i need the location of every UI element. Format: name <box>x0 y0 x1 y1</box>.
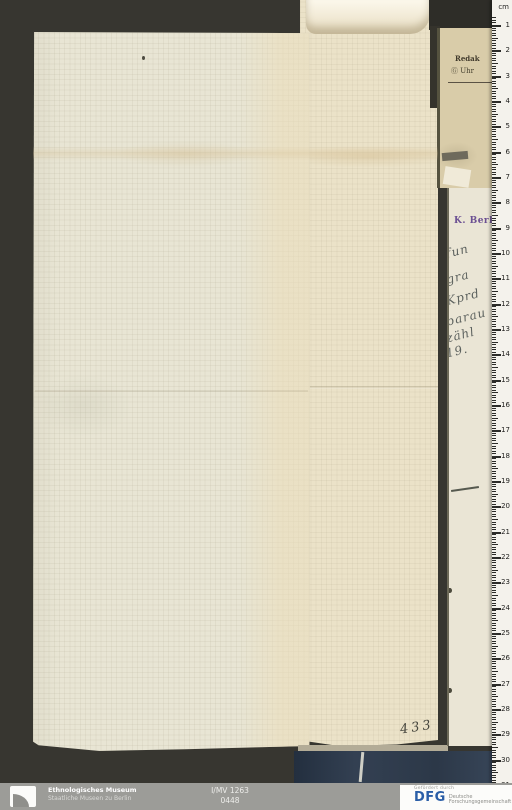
ruler-number: 3 <box>506 73 510 80</box>
handwriting-fragment: fun <box>447 241 470 260</box>
dfg-logo: DFG <box>414 791 446 804</box>
ruler-tick <box>492 648 496 649</box>
ruler-tick <box>492 362 496 363</box>
ruler-tick <box>492 461 496 462</box>
ruler-tick <box>492 413 496 414</box>
ruler-tick <box>492 109 496 110</box>
ruler-tick <box>492 696 498 697</box>
ruler-tick <box>492 486 496 487</box>
ruler-tick <box>492 704 496 705</box>
ruler-number: 28 <box>501 706 510 713</box>
ruler-tick <box>492 473 496 474</box>
ruler-tick <box>492 261 496 262</box>
sheet-fold-crease <box>35 390 308 392</box>
paper-nick <box>448 688 452 693</box>
ruler-tick <box>492 301 496 302</box>
ruler-tick <box>492 694 496 695</box>
ruler-tick <box>492 577 496 578</box>
ruler-tick <box>492 410 496 411</box>
ruler-tick <box>492 653 496 654</box>
paper-nick <box>448 588 452 593</box>
ruler-tick <box>492 516 496 517</box>
ruler-tick <box>492 496 496 497</box>
ruler-tick <box>492 116 496 117</box>
handwriting-fragment: gra <box>447 267 471 286</box>
ruler-tick <box>492 478 496 479</box>
ruler-tick <box>492 390 496 391</box>
ruler-tick <box>492 468 498 469</box>
ruler-tick <box>492 288 496 289</box>
ruler-number: 27 <box>501 681 510 688</box>
ruler-tick <box>492 729 496 730</box>
ruler-number: 15 <box>501 377 510 384</box>
ruler-tick <box>492 501 496 502</box>
ruler-tick <box>492 681 496 682</box>
ruler-tick <box>492 544 498 545</box>
ruler-tick <box>492 139 498 140</box>
ruler-tick <box>492 770 496 771</box>
ruler-tick <box>492 311 496 312</box>
ruler-tick <box>492 595 498 596</box>
ruler-tick <box>492 504 496 505</box>
ruler-tick <box>492 570 498 571</box>
scan-page-number: 0448 <box>0 796 460 806</box>
ruler-number: 30 <box>501 757 510 764</box>
ruler-tick <box>492 387 496 388</box>
book-page <box>300 0 438 746</box>
ruler-tick <box>492 628 496 629</box>
ruler-tick <box>492 281 496 282</box>
ruler-number: 8 <box>506 199 510 206</box>
ruler-tick <box>492 625 496 626</box>
ruler-tick <box>492 55 496 56</box>
ruler-tick <box>492 585 496 586</box>
ruler-tick <box>492 448 496 449</box>
ruler-tick <box>492 767 496 768</box>
ruler-tick <box>492 200 496 201</box>
ruler-tick <box>492 646 498 647</box>
ruler-tick <box>492 613 496 614</box>
ruler-tick <box>492 169 496 170</box>
ruler-tick <box>492 81 496 82</box>
ruler-tick <box>492 159 496 160</box>
ruler-tick <box>492 316 498 317</box>
ruler-tick <box>492 238 496 239</box>
ruler-tick <box>492 620 498 621</box>
ruler-tick <box>492 30 496 31</box>
ruler-tick <box>492 446 496 447</box>
ruler-tick <box>492 744 496 745</box>
ruler-tick <box>492 463 496 464</box>
ruler-tick <box>492 415 496 416</box>
ruler-tick <box>492 598 496 599</box>
ruler-tick <box>492 605 496 606</box>
ruler-tick <box>492 291 498 292</box>
ruler-tick <box>492 131 496 132</box>
ruler-tick <box>492 319 496 320</box>
ruler-tick <box>492 600 496 601</box>
ruler-tick <box>492 367 498 368</box>
ruler-tick <box>492 106 496 107</box>
ruler-tick <box>492 549 496 550</box>
ruler-tick <box>492 66 496 67</box>
ruler-tick <box>492 268 496 269</box>
ruler-tick <box>492 732 496 733</box>
ruler-tick <box>492 339 496 340</box>
ruler-tick <box>492 250 496 251</box>
ruler-number: 14 <box>501 351 510 358</box>
ruler-tick <box>492 484 496 485</box>
footer-bar: Ethnologisches Museum Staatliche Museen … <box>0 783 512 810</box>
ruler-tick <box>492 349 496 350</box>
ruler-tick <box>492 88 498 89</box>
ruler-number: 19 <box>501 478 510 485</box>
ruler-tick <box>492 258 496 259</box>
ruler-tick <box>492 643 496 644</box>
ruler-tick <box>492 210 496 211</box>
ruler-tick <box>492 382 496 383</box>
ruler-tick <box>492 223 496 224</box>
ruler-tick <box>492 699 496 700</box>
ruler-tick <box>492 580 496 581</box>
ruler-tick <box>492 185 496 186</box>
ruler-tick <box>492 562 496 563</box>
ruler-tick <box>492 636 496 637</box>
ruler-number: 6 <box>506 149 510 156</box>
ruler-number: 16 <box>501 402 510 409</box>
ruler-tick <box>492 43 496 44</box>
ruler-tick <box>492 276 496 277</box>
ruler-tick <box>492 68 496 69</box>
ruler-tick <box>492 560 496 561</box>
ruler-tick <box>492 364 496 365</box>
ruler-tick <box>492 534 496 535</box>
ruler-tick <box>492 324 496 325</box>
ruler-tick <box>492 271 496 272</box>
ruler-tick <box>492 661 496 662</box>
ruler-tick <box>492 656 496 657</box>
paper-speck <box>142 56 145 60</box>
ruler-number: 12 <box>501 301 510 308</box>
page-curl-edge <box>306 0 430 34</box>
dfg-logo-box: Gefördert durch DFG Deutsche Forschungsg… <box>400 785 512 810</box>
ruler-tick <box>492 182 496 183</box>
ruler-tick <box>492 225 496 226</box>
ruler-tick <box>492 45 496 46</box>
ruler-tick <box>492 121 496 122</box>
ruler-number: 13 <box>501 326 510 333</box>
ruler-tick <box>492 134 496 135</box>
ruler-tick <box>492 466 496 467</box>
ruler-tick <box>492 20 496 21</box>
ruler-tick <box>492 750 496 751</box>
ruler-tick <box>492 286 496 287</box>
ruler-tick <box>492 547 496 548</box>
ruler-tick <box>492 757 496 758</box>
ruler-tick <box>492 245 496 246</box>
ruler-tick <box>492 395 496 396</box>
ruler-tick <box>492 164 498 165</box>
ruler-number: 7 <box>506 174 510 181</box>
ruler-tick <box>492 724 496 725</box>
ruler-tick <box>492 397 496 398</box>
ruler-tick <box>492 71 496 72</box>
ruler-tick <box>492 706 496 707</box>
ruler-tick <box>492 575 496 576</box>
ruler-tick <box>492 33 496 34</box>
ruler-tick <box>492 230 496 231</box>
ruler-tick <box>492 370 496 371</box>
ruler-tick <box>492 167 496 168</box>
discoloration-band <box>33 146 438 161</box>
ruler-tick <box>492 686 496 687</box>
ruler-number: 1 <box>506 22 510 29</box>
ruler-tick <box>492 679 496 680</box>
ruler-tick <box>492 187 496 188</box>
ruler-number: 18 <box>501 453 510 460</box>
ruler-number: 17 <box>501 427 510 434</box>
ruler-tick <box>492 91 496 92</box>
ruler-tick <box>492 326 496 327</box>
ruler-tick <box>492 443 498 444</box>
ruler-tick <box>492 205 496 206</box>
ruler-tick <box>492 337 496 338</box>
ruler-number: 29 <box>501 731 510 738</box>
ruler-tick <box>492 235 496 236</box>
ruler-tick <box>492 630 496 631</box>
ruler-tick <box>492 423 496 424</box>
ruler-tick <box>492 668 496 669</box>
ruler-tick <box>492 408 496 409</box>
ruler-tick <box>492 334 496 335</box>
ruler-tick <box>492 377 496 378</box>
ruler-tick <box>492 359 496 360</box>
ruler-number: 21 <box>501 529 510 536</box>
ruler-tick <box>492 618 496 619</box>
ruler-tick <box>492 435 496 436</box>
ruler-number: 11 <box>501 275 510 282</box>
ruler-tick <box>492 48 496 49</box>
ruler-tick <box>492 554 496 555</box>
ruler-tick <box>492 499 496 500</box>
ruler-number: 20 <box>501 503 510 510</box>
ruler-tick <box>492 400 496 401</box>
ruler-number: 25 <box>501 630 510 637</box>
ruler-tick <box>492 689 496 690</box>
ruler-tick <box>492 93 496 94</box>
ruler-tick <box>492 207 496 208</box>
ruler-number: 4 <box>506 98 510 105</box>
ruler-tick <box>492 22 496 23</box>
ruler-tick <box>492 17 496 18</box>
ruler-tick <box>492 511 496 512</box>
ruler-tick <box>492 524 496 525</box>
ruler-tick <box>492 266 498 267</box>
ruler-tick <box>492 674 496 675</box>
ruler-tick <box>492 663 496 664</box>
newspaper-clipping: Redak Ⓖ Uhr <box>437 28 495 188</box>
ruler-tick <box>492 714 496 715</box>
ruler-tick <box>492 514 496 515</box>
ruler-tick <box>492 283 496 284</box>
ruler-tick <box>492 40 496 41</box>
ruler-number: 10 <box>501 250 510 257</box>
ruler-tick <box>492 306 496 307</box>
ruler-tick <box>492 671 498 672</box>
clipping-rule <box>448 82 496 83</box>
ruler-tick <box>492 762 496 763</box>
ruler-tick <box>492 296 496 297</box>
ruler-tick <box>492 111 496 112</box>
ruler-tick <box>492 433 496 434</box>
ruler-tick <box>492 243 496 244</box>
ruler-tick <box>492 53 496 54</box>
ruler-tick <box>492 78 496 79</box>
binding-cloth <box>294 751 498 783</box>
clipping-printed-text: Redak <box>455 54 480 63</box>
ruler-tick <box>492 489 496 490</box>
ruler-tick <box>492 567 496 568</box>
ruler-tick <box>492 294 496 295</box>
ruler-tick <box>492 537 496 538</box>
ruler-tick <box>492 124 496 125</box>
ruler-tick <box>492 777 496 778</box>
ruler-tick <box>492 392 498 393</box>
ruler-tick <box>492 263 496 264</box>
ruler-tick <box>492 572 496 573</box>
ruler-tick <box>492 147 496 148</box>
ruler-tick <box>492 727 496 728</box>
dfg-logo-row: DFG Deutsche Forschungsgemeinschaft <box>414 791 512 804</box>
ruler-tick <box>492 73 496 74</box>
ruler-tick <box>492 218 496 219</box>
ruler-tick <box>492 739 496 740</box>
ruler-tick <box>492 775 496 776</box>
ruler-tick <box>492 552 496 553</box>
ruler-tick <box>492 737 496 738</box>
ruler-tick <box>492 192 496 193</box>
ruler-tick <box>492 347 496 348</box>
ruler-tick <box>492 691 496 692</box>
ruler-tick <box>492 641 496 642</box>
ruler-tick <box>492 428 496 429</box>
ruler-tick <box>492 701 496 702</box>
ruler-tick <box>492 215 498 216</box>
letterhead-page-edge: K. Berk fungraKprdbarauzähl19. <box>447 188 495 746</box>
ruler-tick <box>492 451 496 452</box>
ruler-tick <box>492 458 496 459</box>
handwriting-fragment: Kprd <box>447 286 481 308</box>
ruler-tick <box>492 719 496 720</box>
handwriting-fragment: 19. <box>447 342 469 361</box>
ruler-tick <box>492 321 496 322</box>
ruler-tick <box>492 666 496 667</box>
ruler-tick <box>492 772 498 773</box>
ruler-tick <box>492 195 496 196</box>
ruler-tick <box>492 491 496 492</box>
ruler-number: 24 <box>501 605 510 612</box>
clipping-printed-text: Ⓖ Uhr <box>451 66 474 76</box>
ruler-tick <box>492 96 496 97</box>
ruler-tick <box>492 651 496 652</box>
ruler-tick <box>492 83 496 84</box>
ruler-tick <box>492 438 496 439</box>
ruler-tick <box>492 28 496 29</box>
ruler-tick <box>492 98 496 99</box>
ruler-tick <box>492 755 496 756</box>
ruler-tick <box>492 174 496 175</box>
ruler-tick <box>492 747 498 748</box>
ruler: cm 1234567891011121314151617181920212223… <box>492 0 512 810</box>
ruler-tick <box>492 273 496 274</box>
ruler-tick <box>492 190 498 191</box>
ruler-tick <box>492 220 496 221</box>
ruler-tick <box>492 385 496 386</box>
ruler-tick <box>492 299 496 300</box>
ruler-tick <box>492 149 496 150</box>
ruler-tick <box>492 142 496 143</box>
ruler-unit-label: cm <box>498 3 509 11</box>
clipping-dark-mark <box>442 151 469 161</box>
ruler-tick <box>492 529 496 530</box>
document-info: I/MV 1263 0448 <box>0 786 460 806</box>
ruler-tick <box>492 248 496 249</box>
ruler-tick <box>492 104 496 105</box>
ruler-tick <box>492 610 496 611</box>
book-page-fold-crease <box>300 386 438 389</box>
ruler-tick <box>492 471 496 472</box>
ruler-tick <box>492 623 496 624</box>
ruler-tick <box>492 197 496 198</box>
ruler-number: 5 <box>506 123 510 130</box>
ruler-tick <box>492 129 496 130</box>
ruler-tick <box>492 332 496 333</box>
scan-viewport: 433 Redak Ⓖ Uhr K. Berk fungraKprdbarauz… <box>0 0 512 810</box>
ruler-tick <box>492 638 496 639</box>
ruler-tick <box>492 60 496 61</box>
ruler-tick <box>492 542 496 543</box>
ruler-tick <box>492 765 496 766</box>
ruler-tick <box>492 722 498 723</box>
ruler-tick <box>492 58 496 59</box>
ruler-tick <box>492 372 496 373</box>
letterhead-stamp-text: K. Berk <box>454 216 495 226</box>
ruler-tick <box>492 144 496 145</box>
ruler-tick <box>492 86 496 87</box>
ruler-tick <box>492 136 496 137</box>
ruler-tick <box>492 402 496 403</box>
ruler-tick <box>492 590 496 591</box>
ruler-tick <box>492 114 498 115</box>
ruler-tick <box>492 344 496 345</box>
ruler-tick <box>492 180 496 181</box>
document-id: I/MV 1263 <box>0 786 460 796</box>
ruler-tick <box>492 425 496 426</box>
ruler-tick <box>492 752 496 753</box>
clipping-paper-corner <box>443 166 471 188</box>
ruler-tick <box>492 615 496 616</box>
ruler-tick <box>492 357 496 358</box>
ruler-tick <box>492 539 496 540</box>
ruler-tick <box>492 453 496 454</box>
ruler-tick <box>492 418 498 419</box>
ruler-tick <box>492 420 496 421</box>
ruler-tick <box>492 592 496 593</box>
ruler-tick <box>492 35 496 36</box>
ruler-tick <box>492 256 496 257</box>
ruler-tick <box>492 522 496 523</box>
ruler-tick <box>492 212 496 213</box>
